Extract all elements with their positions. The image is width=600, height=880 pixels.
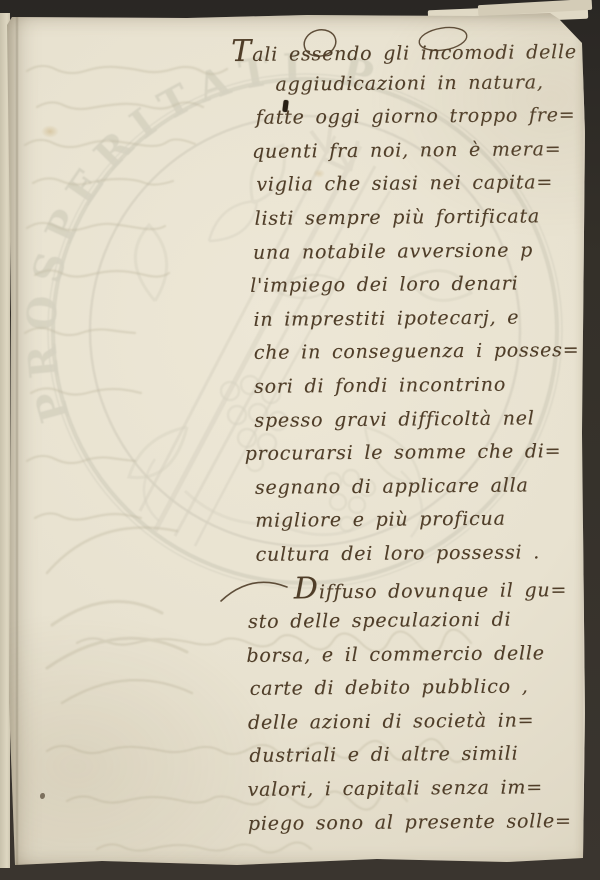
manuscript-line: borsa, e il commercio delle [246,637,582,674]
manuscript-line: valori, i capitali senza im= [247,771,583,808]
manuscript-line: viglia che siasi nei capita= [256,166,578,202]
manuscript-line: Diffuso dovunque il gu= [294,569,582,605]
manuscript-line: migliore e più proficua [255,502,581,538]
manuscript-line: Tali essendo gli incomodi delle [231,32,577,69]
manuscript-line: spesso gravi difficoltà nel [254,402,580,438]
manuscript-line: fatte oggi giorno troppo fre= [256,99,578,135]
photographed-manuscript: { "colors": { "backdrop": "#322f2a", "pa… [0,0,600,880]
underlying-page-edge [0,13,10,868]
manuscript-line: una notabile avversione p [253,234,579,270]
manuscript-line: delle azioni di società in= [248,704,583,741]
manuscript-line: carte di debito pubblico , [250,670,583,706]
manuscript-line: sto delle speculazioni di [248,603,582,640]
manuscript-line: quenti fra noi, non è mera= [252,133,578,169]
handwritten-text-block: Tali essendo gli incomodi delle aggiudic… [231,32,584,841]
manuscript-line: l'impiego dei loro denari [250,267,579,303]
manuscript-line: segnano di applicare alla [255,469,581,505]
manuscript-line: sori di fondi incontrino [254,368,580,404]
manuscript-line: in imprestiti ipotecarj, e [253,301,579,337]
manuscript-line: listi sempre più fortificata [254,200,578,236]
manuscript-line: cultura dei loro possessi . [255,536,581,572]
manuscript-line: piego sono al presente solle= [248,805,584,842]
manuscript-line: aggiudicazioni in natura, [275,66,577,102]
manuscript-line: procurarsi le somme che di= [245,435,581,472]
manuscript-line: che in conseguenza i posses= [254,334,580,370]
manuscript-line: dustriali e di altre simili [249,737,583,774]
manuscript-page: PROSPERITATI P [7,13,585,869]
paper-stain [41,125,59,138]
